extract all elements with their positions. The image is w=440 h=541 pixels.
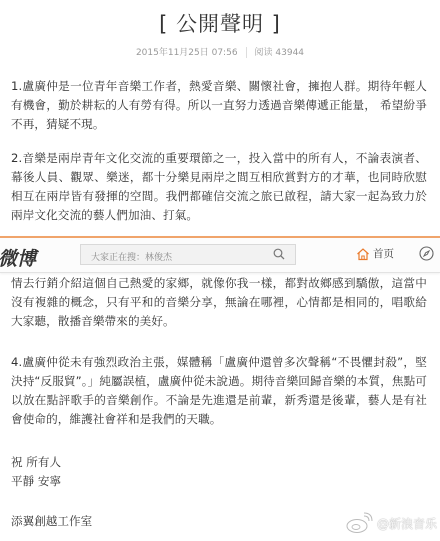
home-icon [356, 247, 370, 261]
page-title: [ 公開聲明 ] [0, 11, 440, 37]
paragraph-2: 2.音樂是兩岸青年文化交流的重要環節之一，投入當中的所有人，不論表演者、幕後人員… [11, 149, 427, 225]
signature: 添翼創越工作室 [11, 512, 92, 531]
weibo-top-bar: 微博 首页 [0, 236, 440, 273]
compass-icon[interactable] [419, 246, 434, 261]
watermark-text: @新浪音乐 [377, 515, 437, 532]
read-count: 阅读 43944 [255, 48, 305, 58]
article-meta: 2015年11月25日 07:56阅读 43944 [0, 47, 440, 59]
search-icon[interactable] [273, 248, 285, 260]
paragraph-4: 4.盧廣仲從未有強烈政治主張，媒體稱「盧廣仲還曾多次聲稱“不畏懼封殺”，堅決持“… [11, 353, 427, 429]
weibo-logo-icon [345, 512, 373, 534]
signoff-line-1: 祝 所有人 [11, 453, 61, 472]
publish-date: 2015年11月25日 07:56 [136, 48, 238, 58]
signoff-line-2: 平靜 安寧 [11, 472, 61, 491]
home-label: 首页 [373, 246, 394, 261]
meta-divider [246, 47, 247, 58]
watermark: @新浪音乐 [345, 512, 437, 534]
weibo-logo[interactable]: 微博 [0, 244, 36, 271]
search-input[interactable] [81, 249, 271, 268]
home-link[interactable]: 首页 [356, 246, 394, 261]
paragraph-1: 1.盧廣仲是一位青年音樂工作者，熱愛音樂、關懷社會，擁抱人群。期待年輕人有機會，… [11, 77, 427, 134]
search-box[interactable] [80, 244, 296, 265]
paragraph-3-partial: 情去行銷介紹這個自己熱愛的家鄉，就像你我一樣，都對故鄉感到驕傲，這當中沒有複雜的… [11, 274, 427, 331]
